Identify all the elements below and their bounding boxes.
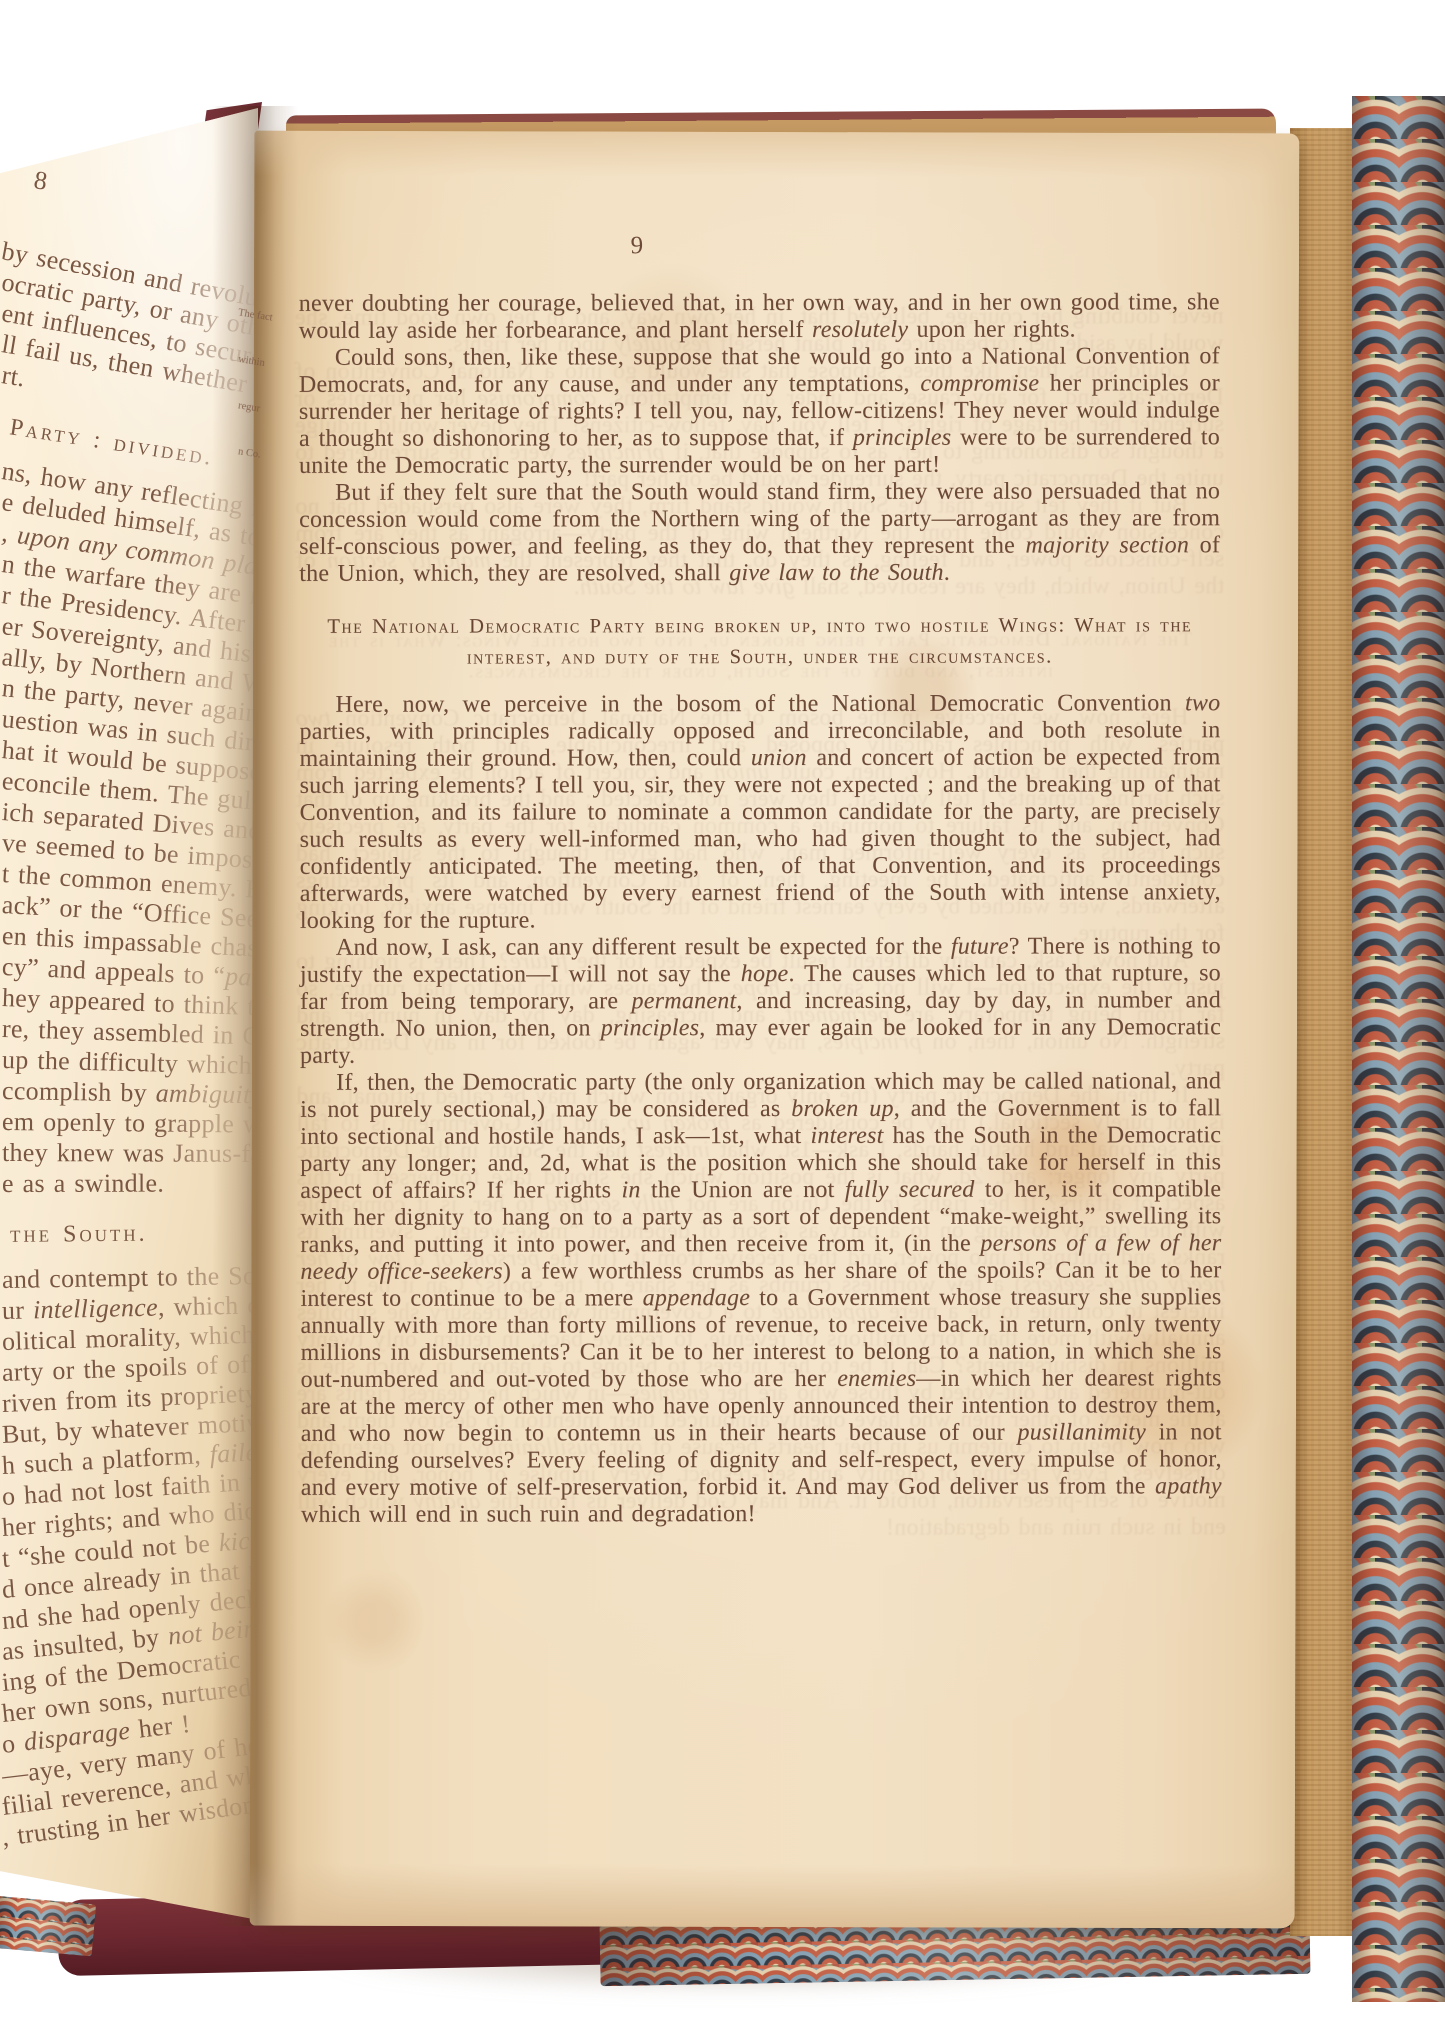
paragraph-3: But if they felt sure that the South wou… — [299, 478, 1220, 588]
left-page-text: by secession and revolution. Tocratic pa… — [0, 108, 258, 1920]
fore-edge-marbling — [1352, 96, 1445, 2002]
paragraph-4: Here, now, we perceive in the bosom of t… — [299, 690, 1220, 935]
right-page-text: never doubting her courage, believed tha… — [299, 289, 1222, 1528]
left-page: 8 by secession and revolution. Tocratic … — [0, 108, 258, 1920]
paragraph-6: If, then, the Democratic party (the only… — [300, 1068, 1222, 1529]
left-page-line: e as a swindle. — [2, 1169, 164, 1199]
left-page-heading: the South. — [2, 1219, 148, 1250]
paragraph-2: Could sons, then, like these, suppose th… — [299, 343, 1220, 480]
corner-marbling — [0, 1896, 96, 1957]
right-page: never doubting her courage, believed tha… — [250, 131, 1300, 1929]
left-page-line: rt. — [0, 360, 27, 393]
section-heading: The National Democratic Party being brok… — [313, 610, 1206, 673]
right-page-surface: never doubting her courage, believed tha… — [250, 131, 1298, 1928]
paragraph-5: And now, I ask, can any different result… — [300, 933, 1221, 1070]
text-block-edge — [1290, 128, 1356, 1936]
right-page-number: 9 — [631, 232, 644, 260]
book-photograph: 8 by secession and revolution. Tocratic … — [0, 0, 1445, 2023]
paragraph-1: never doubting her courage, believed tha… — [299, 289, 1220, 345]
